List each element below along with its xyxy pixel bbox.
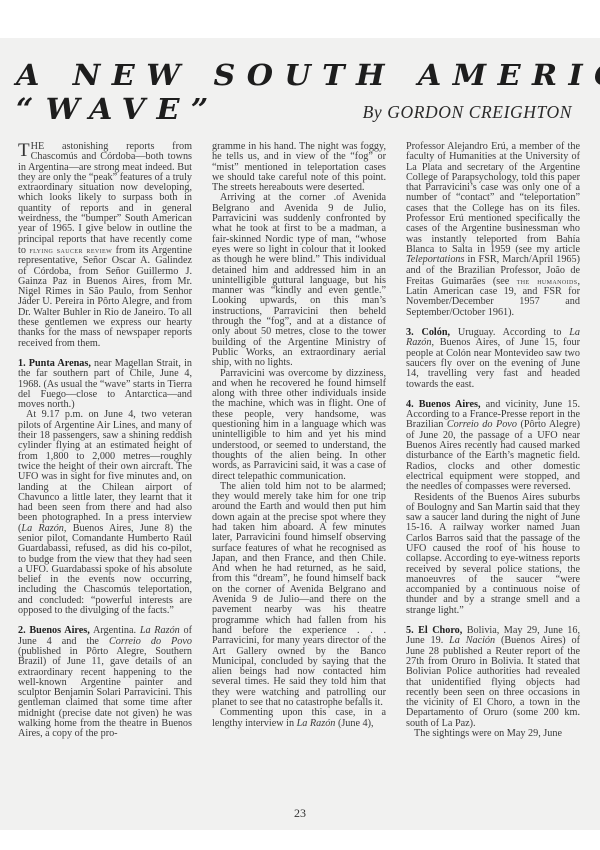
byline: By GORDON CREIGHTON xyxy=(363,102,572,123)
paragraph: The sightings were on May 29, June xyxy=(406,729,580,739)
section-1-heading-paragraph: 1. Punta Arenas, near Magellan Strait, i… xyxy=(18,359,192,410)
paragraph: Commenting upon this case, in a lengthy … xyxy=(212,708,386,729)
column-3: Professor Alejandro Erú, a member of the… xyxy=(406,142,580,739)
publication-name: flying saucer review xyxy=(29,245,112,255)
drop-cap: T xyxy=(18,143,30,158)
section-4-paragraph: 4. Buenos Aires, and vicinity, June 15. … xyxy=(406,400,580,493)
section-2-paragraph: 2. Buenos Aires, Argentina. La Razón of … xyxy=(18,626,192,739)
paragraph: Arriving at the corner .of Avenida Belgr… xyxy=(212,193,386,368)
magazine-page: A NEW SOUTH AMERICAN “WAVE” By GORDON CR… xyxy=(0,38,600,830)
paragraph: Professor Alejandro Erú, a member of the… xyxy=(406,142,580,318)
section-1-paragraph: At 9.17 p.m. on June 4, two veteran pilo… xyxy=(18,410,192,616)
title-line-1: A NEW SOUTH AMERICAN xyxy=(16,58,600,92)
paragraph: Parravicini was overcome by dizziness, a… xyxy=(212,369,386,482)
page-number: 23 xyxy=(0,806,600,821)
paragraph: gramme in his hand. The night was foggy,… xyxy=(212,142,386,193)
column-2: gramme in his hand. The night was foggy,… xyxy=(212,142,386,729)
paragraph: Residents of the Buenos Aires suburbs of… xyxy=(406,493,580,617)
section-5-paragraph: 5. El Choro, Bolivia, May 29, June 16, J… xyxy=(406,626,580,729)
section-3-paragraph: 3. Colón, Uruguay. According to La Razón… xyxy=(406,328,580,390)
paragraph: The alien told him not to be alarmed; th… xyxy=(212,482,386,709)
column-1: THE astonishing reports from Chascomús a… xyxy=(18,142,192,740)
intro-paragraph: THE astonishing reports from Chascomús a… xyxy=(18,142,192,349)
